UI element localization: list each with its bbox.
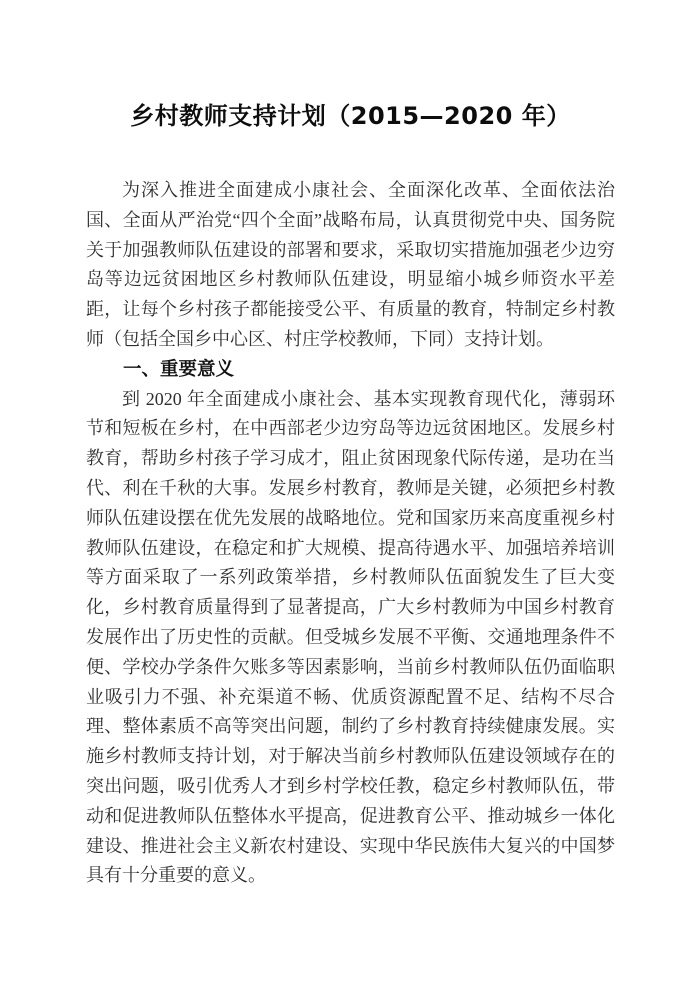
section-1-paragraph: 到 2020 年全面建成小康社会、基本实现教育现代化，薄弱环节和短板在乡村，在中…	[86, 385, 615, 892]
document-title: 乡村教师支持计划（2015—2020 年）	[86, 99, 615, 134]
section-1-heading: 一、重要意义	[86, 355, 615, 385]
document-page: 乡村教师支持计划（2015—2020 年） 为深入推进全面建成小康社会、全面深化…	[0, 0, 700, 993]
intro-paragraph: 为深入推进全面建成小康社会、全面深化改革、全面依法治国、全面从严治党“四个全面”…	[86, 176, 615, 355]
